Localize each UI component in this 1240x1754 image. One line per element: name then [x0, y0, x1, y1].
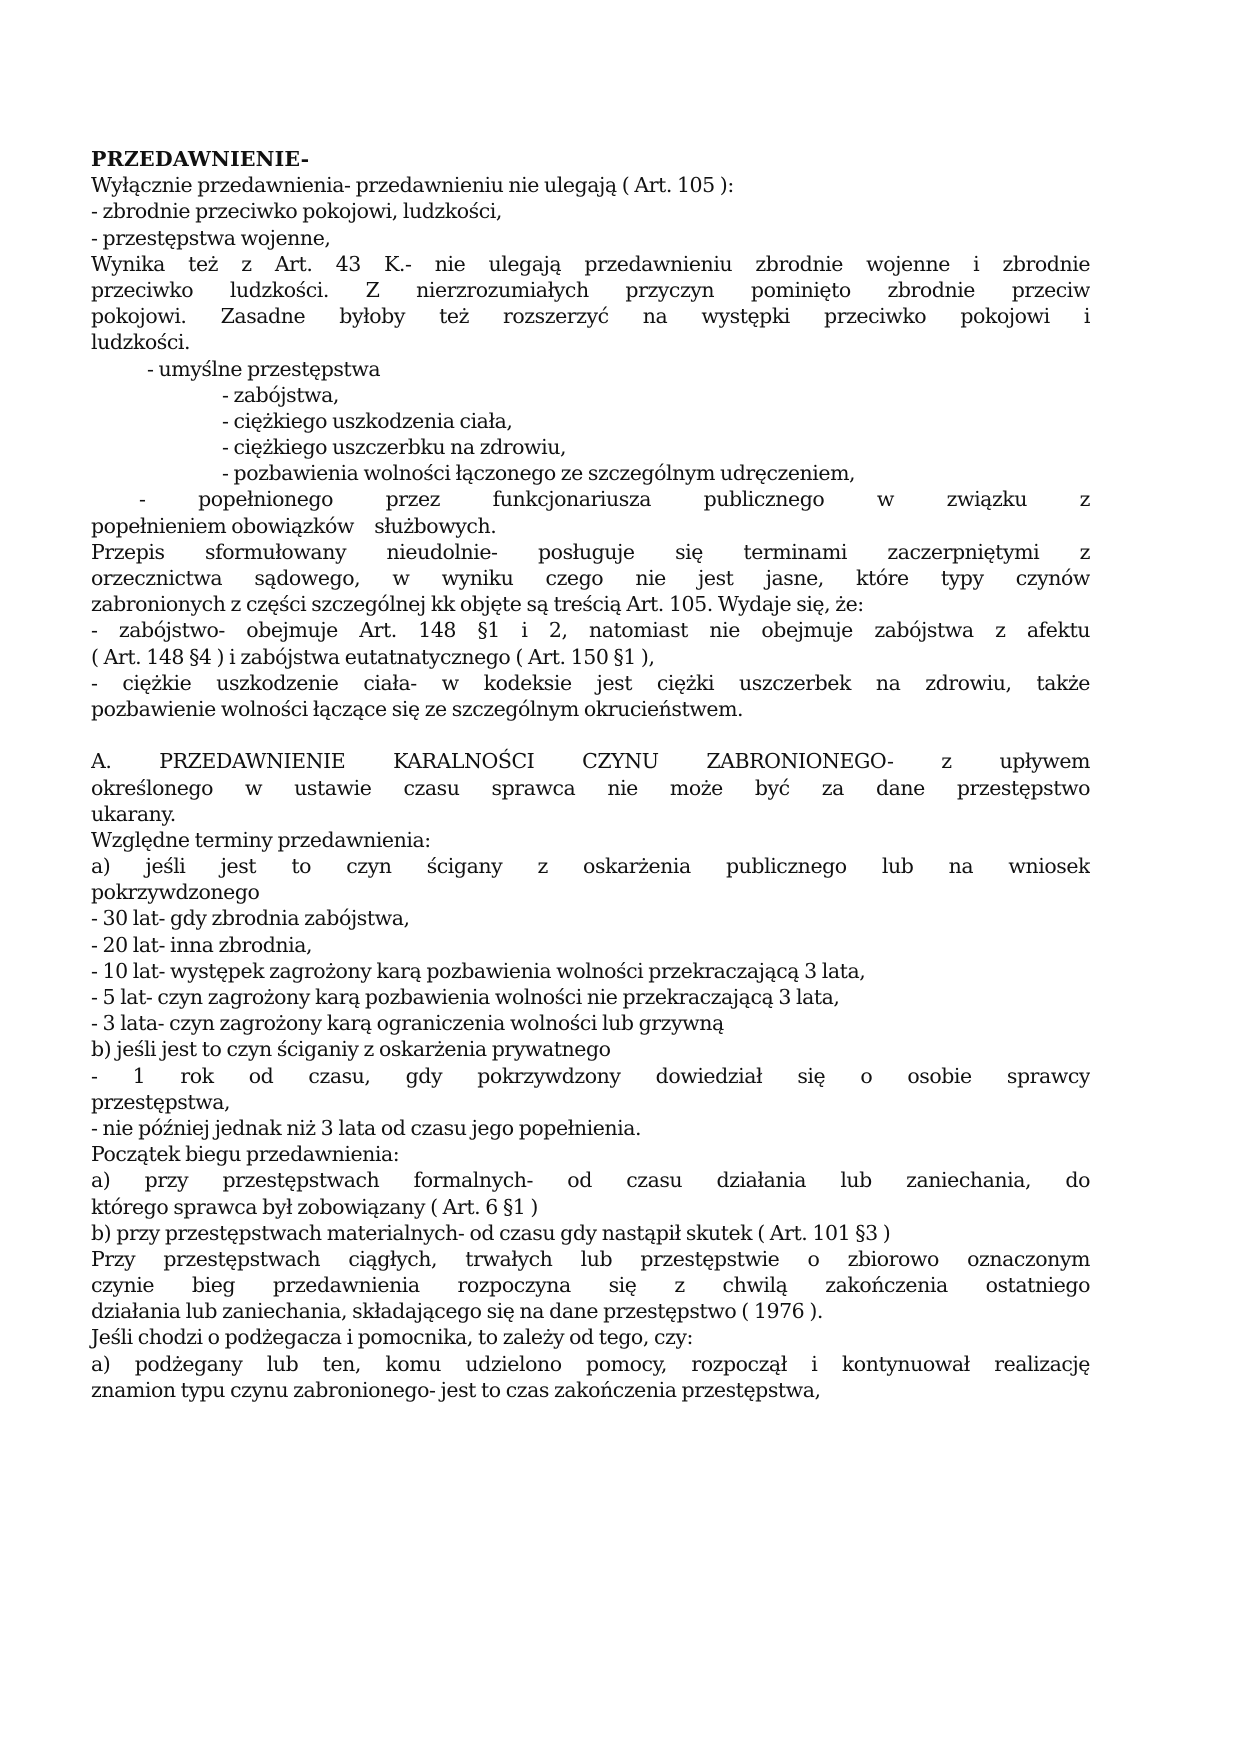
continuous-line: Przy przestępstwach ciągłych, trwałych l…: [91, 1246, 1090, 1272]
accomplice-lead: Jeśli chodzi o podżegacza i pomocnika, t…: [91, 1324, 1090, 1350]
intro-item: - przestępstwa wojenne,: [91, 225, 1090, 251]
interpretation-line: - zabójstwo- obejmuje Art. 148 §1 i 2, n…: [91, 617, 1090, 643]
document-title: PRZEDAWNIENIE-: [91, 146, 1090, 172]
section-a-heading: A. PRZEDAWNIENIE KARALNOŚCI CZYNU ZABRON…: [91, 748, 1090, 774]
accomplice-item: znamion typu czynu zabronionego- jest to…: [91, 1377, 1090, 1403]
intentional-item: - pozbawienia wolności łączonego ze szcz…: [91, 460, 1090, 486]
official-line: popełnieniem obowiązków służbowych.: [91, 513, 1090, 539]
start-item: a) przy przestępstwach formalnych- od cz…: [91, 1167, 1090, 1193]
case-a-term: - 10 lat- występek zagrożony karą pozbaw…: [91, 958, 1090, 984]
intentional-item: - ciężkiego uszkodzenia ciała,: [91, 408, 1090, 434]
critique-line: zabronionych z części szczególnej kk obj…: [91, 591, 1090, 617]
critique-line: Przepis sformułowany nieudolnie- posługu…: [91, 539, 1090, 565]
continuous-line: czynie bieg przedawnienia rozpoczyna się…: [91, 1272, 1090, 1298]
spacer: [91, 722, 1090, 748]
case-a-line: a) jeśli jest to czyn ścigany z oskarżen…: [91, 853, 1090, 879]
art43-line: przeciwko ludzkości. Z nierzrozumiałych …: [91, 277, 1090, 303]
continuous-line: działania lub zaniechania, składającego …: [91, 1298, 1090, 1324]
interpretation-line: pozbawienie wolności łączące się ze szcz…: [91, 696, 1090, 722]
art43-line: Wynika też z Art. 43 K.- nie ulegają prz…: [91, 251, 1090, 277]
section-a-heading: określonego w ustawie czasu sprawca nie …: [91, 775, 1090, 801]
start-item: którego sprawca był zobowiązany ( Art. 6…: [91, 1194, 1090, 1220]
case-b-term: przestępstwa,: [91, 1089, 1090, 1115]
case-b-term: - 1 rok od czasu, gdy pokrzywdzony dowie…: [91, 1063, 1090, 1089]
document-page: PRZEDAWNIENIE- Wyłącznie przedawnienia- …: [91, 146, 1090, 1403]
intro-item: - zbrodnie przeciwko pokojowi, ludzkości…: [91, 198, 1090, 224]
intentional-lead: - umyślne przestępstwa: [91, 356, 1090, 382]
case-a-term: - 5 lat- czyn zagrożony karą pozbawienia…: [91, 984, 1090, 1010]
art43-line: pokojowi. Zasadne byłoby też rozszerzyć …: [91, 303, 1090, 329]
official-line: - popełnionego przez funkcjonariusza pub…: [91, 486, 1090, 512]
section-a-heading: ukarany.: [91, 801, 1090, 827]
case-a-term: - 30 lat- gdy zbrodnia zabójstwa,: [91, 905, 1090, 931]
case-a-term: - 20 lat- inna zbrodnia,: [91, 932, 1090, 958]
intro-lead: Wyłącznie przedawnienia- przedawnieniu n…: [91, 172, 1090, 198]
art43-line: ludzkości.: [91, 329, 1090, 355]
start-item: b) przy przestępstwach materialnych- od …: [91, 1220, 1090, 1246]
accomplice-item: a) podżegany lub ten, komu udzielono pom…: [91, 1351, 1090, 1377]
intentional-item: - zabójstwa,: [91, 382, 1090, 408]
case-b-line: b) jeśli jest to czyn ściganiy z oskarże…: [91, 1036, 1090, 1062]
relative-terms-label: Względne terminy przedawnienia:: [91, 827, 1090, 853]
critique-line: orzecznictwa sądowego, w wyniku czego ni…: [91, 565, 1090, 591]
case-a-line: pokrzywdzonego: [91, 879, 1090, 905]
start-label: Początek biegu przedawnienia:: [91, 1141, 1090, 1167]
interpretation-line: - ciężkie uszkodzenie ciała- w kodeksie …: [91, 670, 1090, 696]
intentional-item: - ciężkiego uszczerbku na zdrowiu,: [91, 434, 1090, 460]
case-a-term: - 3 lata- czyn zagrożony karą ograniczen…: [91, 1010, 1090, 1036]
interpretation-line: ( Art. 148 §4 ) i zabójstwa eutatnatyczn…: [91, 644, 1090, 670]
case-b-term: - nie później jednak niż 3 lata od czasu…: [91, 1115, 1090, 1141]
